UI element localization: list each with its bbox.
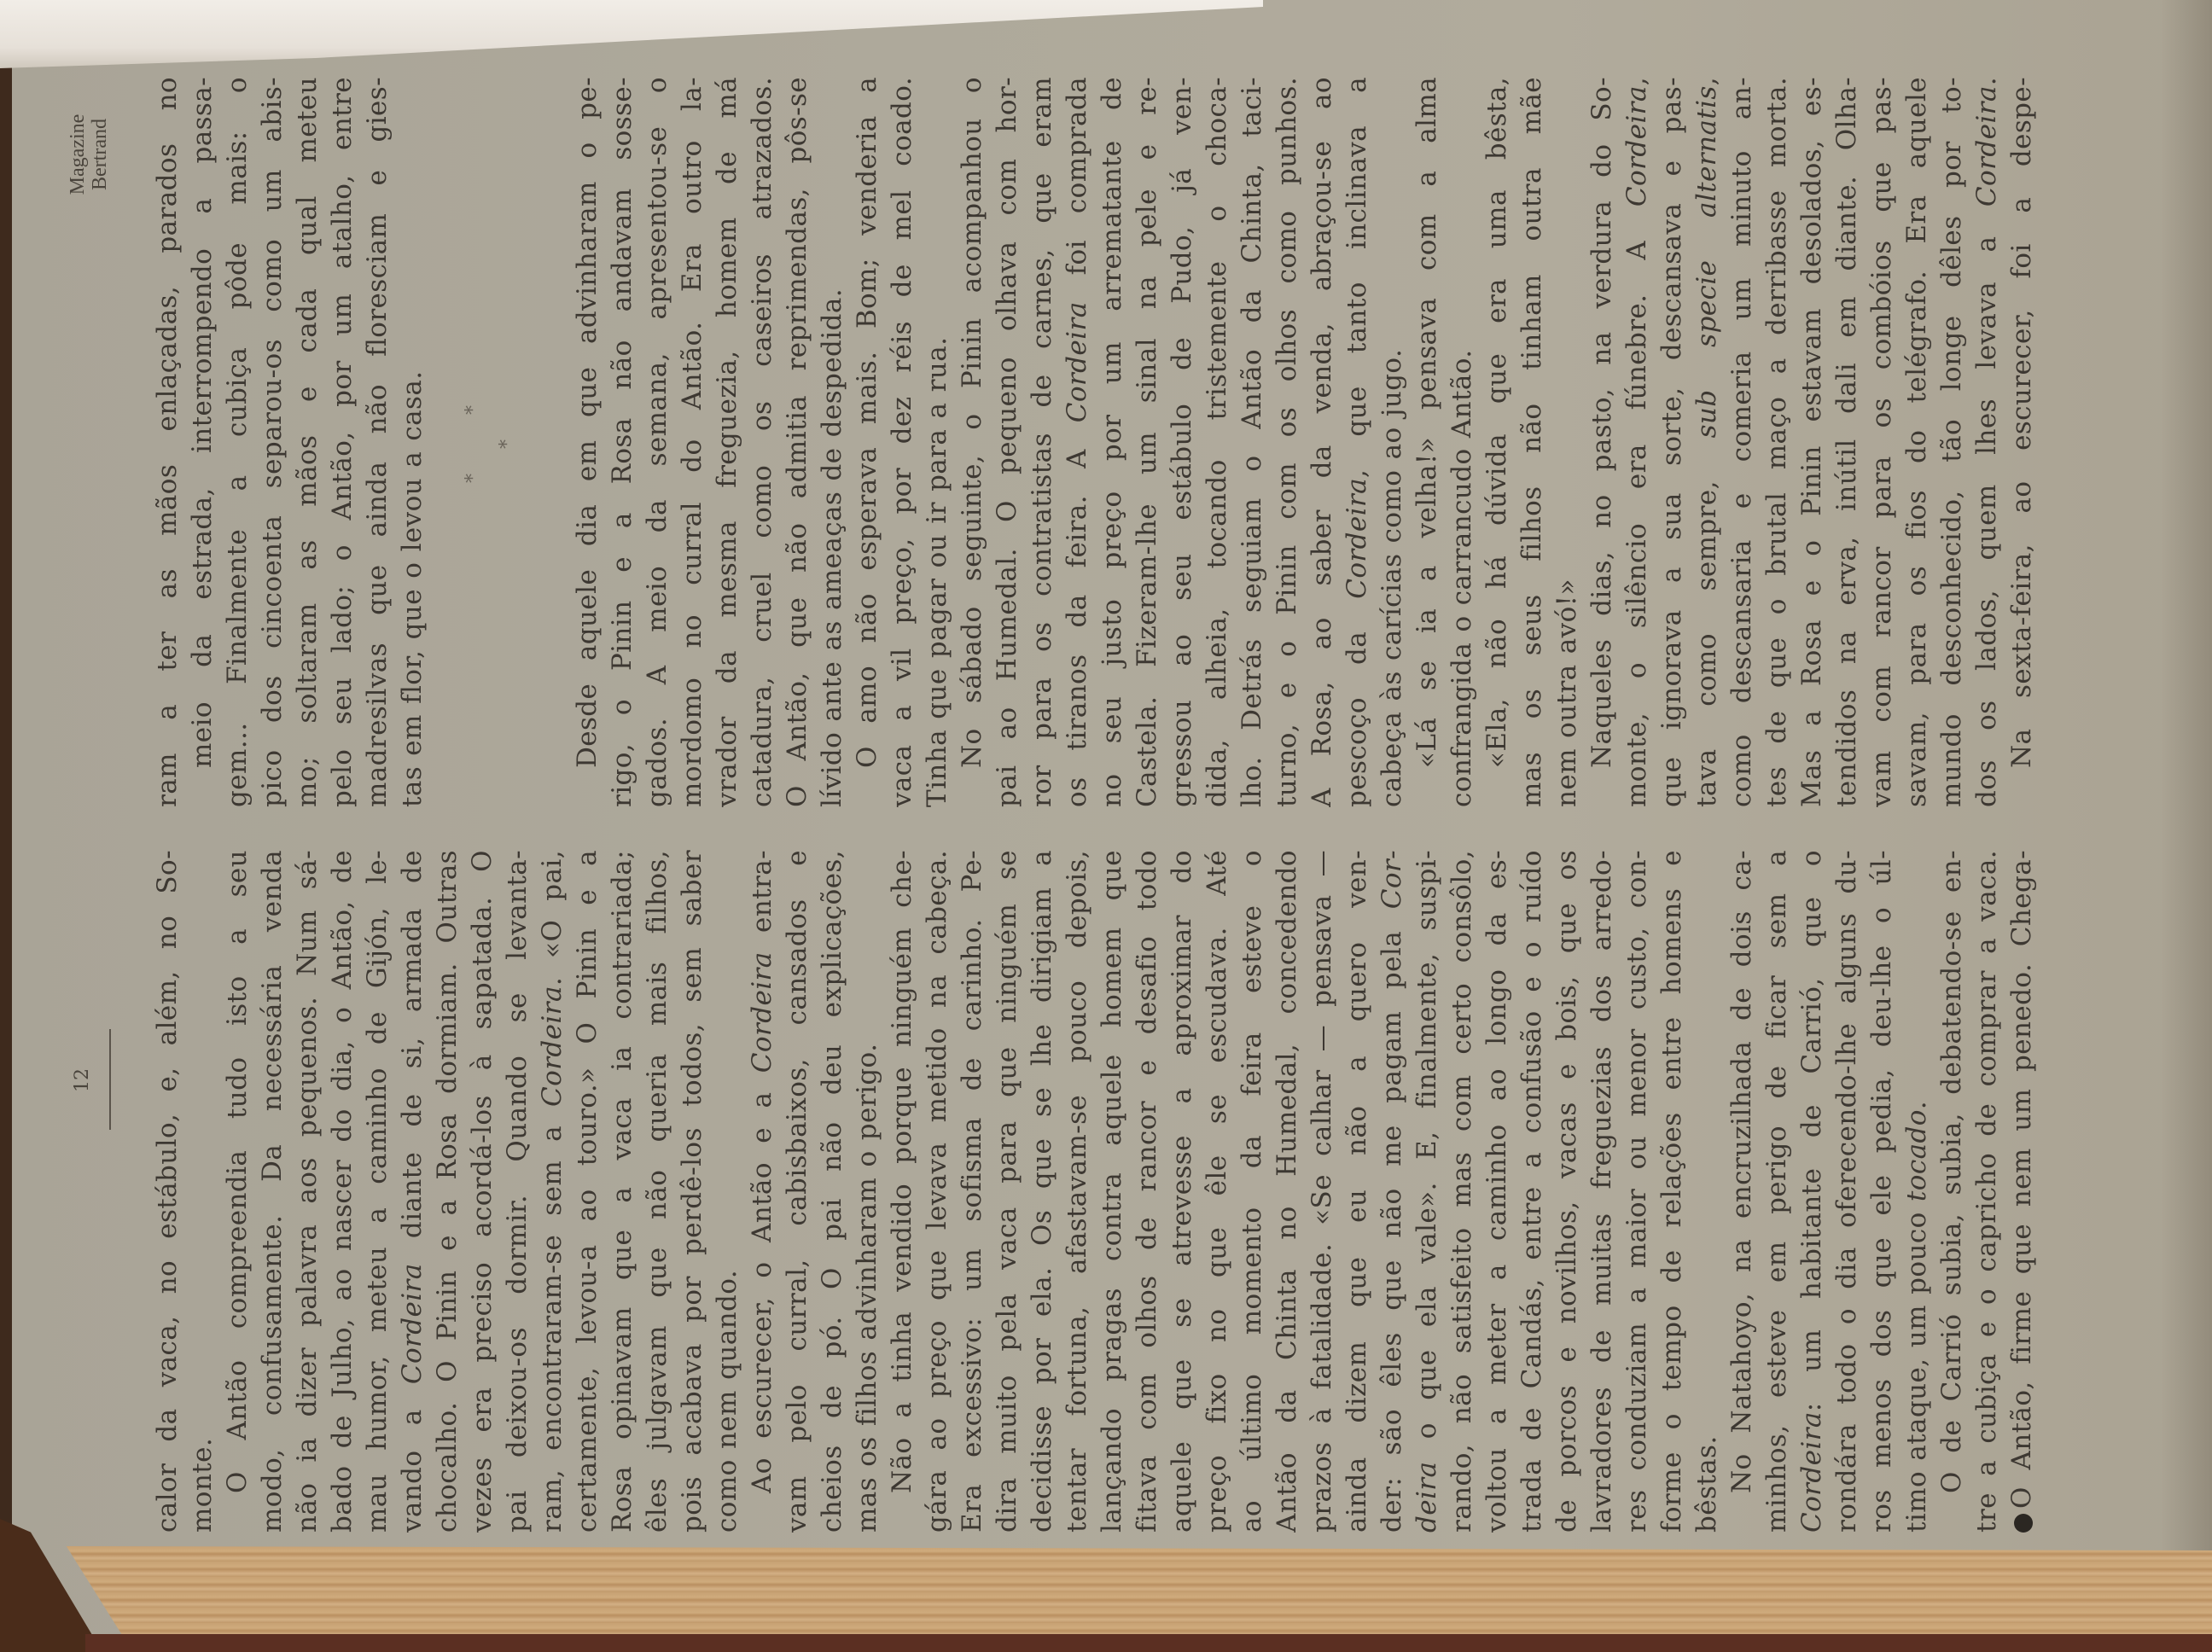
text-line: dira muito pela vaca para que ninguém se	[990, 850, 1025, 1533]
text-line: gára ao preço que levava metido na cabeç…	[920, 850, 955, 1533]
text-line: mundo desconhecido, tão longe dêles por …	[1935, 77, 1970, 807]
text-line: vezes era preciso acordá-los à sapatada.…	[465, 850, 500, 1533]
text-line: A Rosa, ao saber da venda, abraçou-se ao	[1305, 77, 1340, 807]
text-line: de porcos e novilhos, vacas e bois, que …	[1550, 850, 1585, 1533]
text-line: tas em flor, que o levou a casa.	[395, 77, 430, 807]
text-line: meio da estrada, interrompendo a passa-	[185, 77, 220, 807]
text-line: que ignorava a sua sorte, descansava e p…	[1655, 77, 1690, 807]
text-line: res conduziam a maior ou menor custo, co…	[1620, 850, 1655, 1533]
text-line: Tinha que pagar ou ir para a rua.	[920, 77, 955, 807]
text-line: Ao escurecer, o Antão e a Cordeira entra…	[745, 850, 780, 1533]
text-line: bêstas.	[1690, 850, 1725, 1533]
text-line: aquele que se atrevesse a aproximar do	[1165, 850, 1200, 1533]
book-page: Magazine Bertrand 12 calor da vaca, no e…	[0, 0, 2212, 1652]
text-line: forme o tempo de relações entre homens e	[1655, 850, 1690, 1533]
text-line: rigo, o Pinin e a Rosa não andavam sosse…	[605, 77, 640, 807]
text-line: «Ela, não há dúvida que era uma bêsta,	[1480, 77, 1515, 807]
text-line: preço fixo no que êle se escudava. Até	[1200, 850, 1235, 1533]
text-line: trada de Candás, entre a confusão e o ru…	[1515, 850, 1550, 1533]
text-line: Era excessivo: um sofisma de carinho. Pe…	[955, 850, 990, 1533]
text-line: O Antão compreendia tudo isto a seu	[220, 850, 255, 1533]
text-line: gados. A meio da semana, apresentou-se o	[640, 77, 675, 807]
text-line: O amo não esperava mais. Bom; venderia a	[850, 77, 885, 807]
text-line: tre a cubiça e o capricho de comprar a v…	[1970, 850, 2005, 1533]
text-line: monte.	[185, 850, 220, 1533]
text-line: lho. Detrás seguiam o Antão da Chinta, t…	[1235, 77, 1270, 807]
text-line: nem outra avó!»	[1550, 77, 1585, 807]
spine-shadow	[2161, 0, 2212, 1652]
text-line: ros menos dos que ele pedia, deu-lhe o ú…	[1865, 850, 1900, 1533]
ink-blot-icon	[2014, 1514, 2033, 1533]
text-line: como descansaria e comeria um minuto an-	[1725, 77, 1760, 807]
text-line: cheios de pó. O pai não deu explicações,	[815, 850, 850, 1533]
text-line: tes de que o brutal maço a derribasse mo…	[1760, 77, 1795, 807]
text-line: tava como sempre, sub specie alternatis,	[1690, 77, 1725, 807]
text-line: os tiranos da feira. A Cordeira foi comp…	[1060, 77, 1095, 807]
text-line: não ia dizer palavra aos pequenos. Num s…	[290, 850, 325, 1533]
text-line: modo, confusamente. Da necessária venda	[255, 850, 290, 1533]
text-line: madresilvas que ainda não floresciam e g…	[360, 77, 395, 807]
text-line: prazos à fatalidade. «Se calhar — pensav…	[1305, 850, 1340, 1533]
text-line: minhos, esteve em perigo de ficar sem a	[1760, 850, 1795, 1533]
asterisk-icon: *	[456, 405, 491, 415]
cover-bottom-edge	[85, 1634, 2212, 1652]
text-line: decidisse por ela. Os que se lhe dirigia…	[1025, 850, 1060, 1533]
text-column-left: calor da vaca, no estábulo, e, além, no …	[150, 850, 2040, 1533]
text-line: rondára todo o dia oferecendo-lhe alguns…	[1830, 850, 1865, 1533]
text-line: Mas a Rosa e o Pinin estavam desolados, …	[1795, 77, 1830, 807]
text-line: Não a tinha vendido porque ninguém che-	[885, 850, 920, 1533]
text-line: ror para os contratistas de carnes, que …	[1025, 77, 1060, 807]
section-break: * * *	[430, 77, 570, 807]
text-line: mordomo no curral do Antão. Era outro la…	[675, 77, 710, 807]
text-line: lançando pragas contra aquele homem que	[1095, 850, 1130, 1533]
text-line: chocalho. O Pinin e a Rosa dormiam. Outr…	[430, 850, 465, 1533]
text-line: rando, não satisfeito mas com certo cons…	[1445, 850, 1480, 1533]
text-line: ao último momento da feira esteve o	[1235, 850, 1270, 1533]
text-line: Naqueles dias, no pasto, na verdura do S…	[1585, 77, 1620, 807]
text-line: pai deixou-os dormir. Quando se levanta-	[500, 850, 535, 1533]
text-line: savam, para os fios do telégrafo. Era aq…	[1900, 77, 1935, 807]
running-head-line-1: Magazine	[67, 73, 89, 236]
text-line: como nem quando.	[710, 850, 745, 1533]
text-line: vrador da mesma freguezia, homem de má	[710, 77, 745, 807]
text-line: lavradores de muitas freguezias dos arre…	[1585, 850, 1620, 1533]
text-line: Rosa opinavam que a vaca ia contrariada;	[605, 850, 640, 1533]
text-line: tendidos na erva, inútil dali em diante.…	[1830, 77, 1865, 807]
text-line: ram, encontraram-se sem a Cordeira. «O p…	[535, 850, 570, 1533]
text-line: «Lá se ia a velha!» pensava com a alma	[1410, 77, 1445, 807]
text-line: vam com rancor para os combóios que pas-	[1865, 77, 1900, 807]
text-line: mas os seus filhos não tinham outra mãe	[1515, 77, 1550, 807]
text-line: dida, alheia, tocando tristemente o choc…	[1200, 77, 1235, 807]
text-line: Cordeira: um habitante de Carrió, que o	[1795, 850, 1830, 1533]
text-line: mau humor, meteu a caminho de Gijón, le-	[360, 850, 395, 1533]
text-line: O Antão, firme que nem um penedo. Chega-	[2005, 850, 2040, 1533]
running-head: Magazine Bertrand	[67, 73, 111, 236]
text-line: turno, e o Pinin com os olhos como punho…	[1270, 77, 1305, 807]
text-line: vando a Cordeira diante de si, armada de	[395, 850, 430, 1533]
text-line: ram a ter as mãos enlaçadas, parados no	[150, 77, 185, 807]
text-line: ainda dizem que eu não a quero ven-	[1340, 850, 1375, 1533]
text-line: gem... Finalmente a cubiça pôde mais: o	[220, 77, 255, 807]
text-line: O Antão, que não admitia reprimendas, pô…	[780, 77, 815, 807]
text-block-after-break: Desde aquele dia em que advinharam o pe-…	[570, 77, 2040, 807]
text-line: Na sexta-feira, ao escurecer, foi a desp…	[2005, 77, 2040, 807]
text-line: O de Carrió subia, subia, debatendo-se e…	[1935, 850, 1970, 1533]
text-line: dos os lados, quem lhes levava a Cordeir…	[1970, 77, 2005, 807]
text-line: Desde aquele dia em que advinharam o pe-	[570, 77, 605, 807]
text-column-right: ram a ter as mãos enlaçadas, parados nom…	[150, 77, 2040, 807]
text-line: mas os filhos advinharam o perigo.	[850, 850, 885, 1533]
text-line: certamente, levou-a ao touro.» O Pinin e…	[570, 850, 605, 1533]
rotated-page: Magazine Bertrand 12 calor da vaca, no e…	[0, 0, 2212, 1652]
text-line: calor da vaca, no estábulo, e, além, no …	[150, 850, 185, 1533]
text-line: monte, o silêncio era fúnebre. A Cordeir…	[1620, 77, 1655, 807]
page-number: 12	[72, 1063, 93, 1097]
text-line: pico dos cincoenta separou-os como um ab…	[255, 77, 290, 807]
text-line: Castela. Fizeram-lhe um sinal na pele e …	[1130, 77, 1165, 807]
text-line: voltou a meter a caminho ao longo da es-	[1480, 850, 1515, 1533]
text-line: pescoço da Cordeira, que tanto inclinava…	[1340, 77, 1375, 807]
text-line: catadura, cruel como os caseiros atrazad…	[745, 77, 780, 807]
text-line: lívido ante as ameaças de despedida.	[815, 77, 850, 807]
text-line: pai ao Humedal. O pequeno olhava com hor…	[990, 77, 1025, 807]
text-line: pelo seu lado; o Antão, por um atalho, e…	[325, 77, 360, 807]
text-line: No Natahoyo, na encruzilhada de dois ca-	[1725, 850, 1760, 1533]
text-line: no seu justo preço por um arrematante de	[1095, 77, 1130, 807]
asterisk-icon: *	[456, 474, 491, 483]
running-head-line-2: Bertrand	[89, 73, 111, 236]
text-line: fitava com olhos de rancor e desafio tod…	[1130, 850, 1165, 1533]
text-line: tentar fortuna, afastavam-se pouco depoi…	[1060, 850, 1095, 1533]
page-number-rule	[109, 1029, 111, 1130]
text-line: mo; soltaram as mãos e cada qual meteu	[290, 77, 325, 807]
text-line: confrangida o carrancudo Antão.	[1445, 77, 1480, 807]
text-line: Antão da Chinta no Humedal, concedendo	[1270, 850, 1305, 1533]
text-line: der: são êles que não me pagam pela Cor-	[1375, 850, 1410, 1533]
text-line: bado de Julho, ao nascer do dia, o Antão…	[325, 850, 360, 1533]
text-line: No sábado seguinte, o Pinin acompanhou o	[955, 77, 990, 807]
text-block-before-break: ram a ter as mãos enlaçadas, parados nom…	[150, 77, 430, 807]
text-line: vam pelo curral, cabisbaixos, cansados e	[780, 850, 815, 1533]
text-line: cabeça às carícias como ao jugo.	[1375, 77, 1410, 807]
text-line: vaca a vil preço, por dez réis de mel co…	[885, 77, 920, 807]
text-line: pois acabava por perdê-los todos, sem sa…	[675, 850, 710, 1533]
text-line: êles julgavam que não queria mais filhos…	[640, 850, 675, 1533]
text-line: gressou ao seu estábulo de Pudo, já ven-	[1165, 77, 1200, 807]
asterisk-icon: *	[490, 439, 525, 449]
text-line: deira o que ela vale». E, finalmente, su…	[1410, 850, 1445, 1533]
text-line: timo ataque, um pouco tocado.	[1900, 850, 1935, 1533]
